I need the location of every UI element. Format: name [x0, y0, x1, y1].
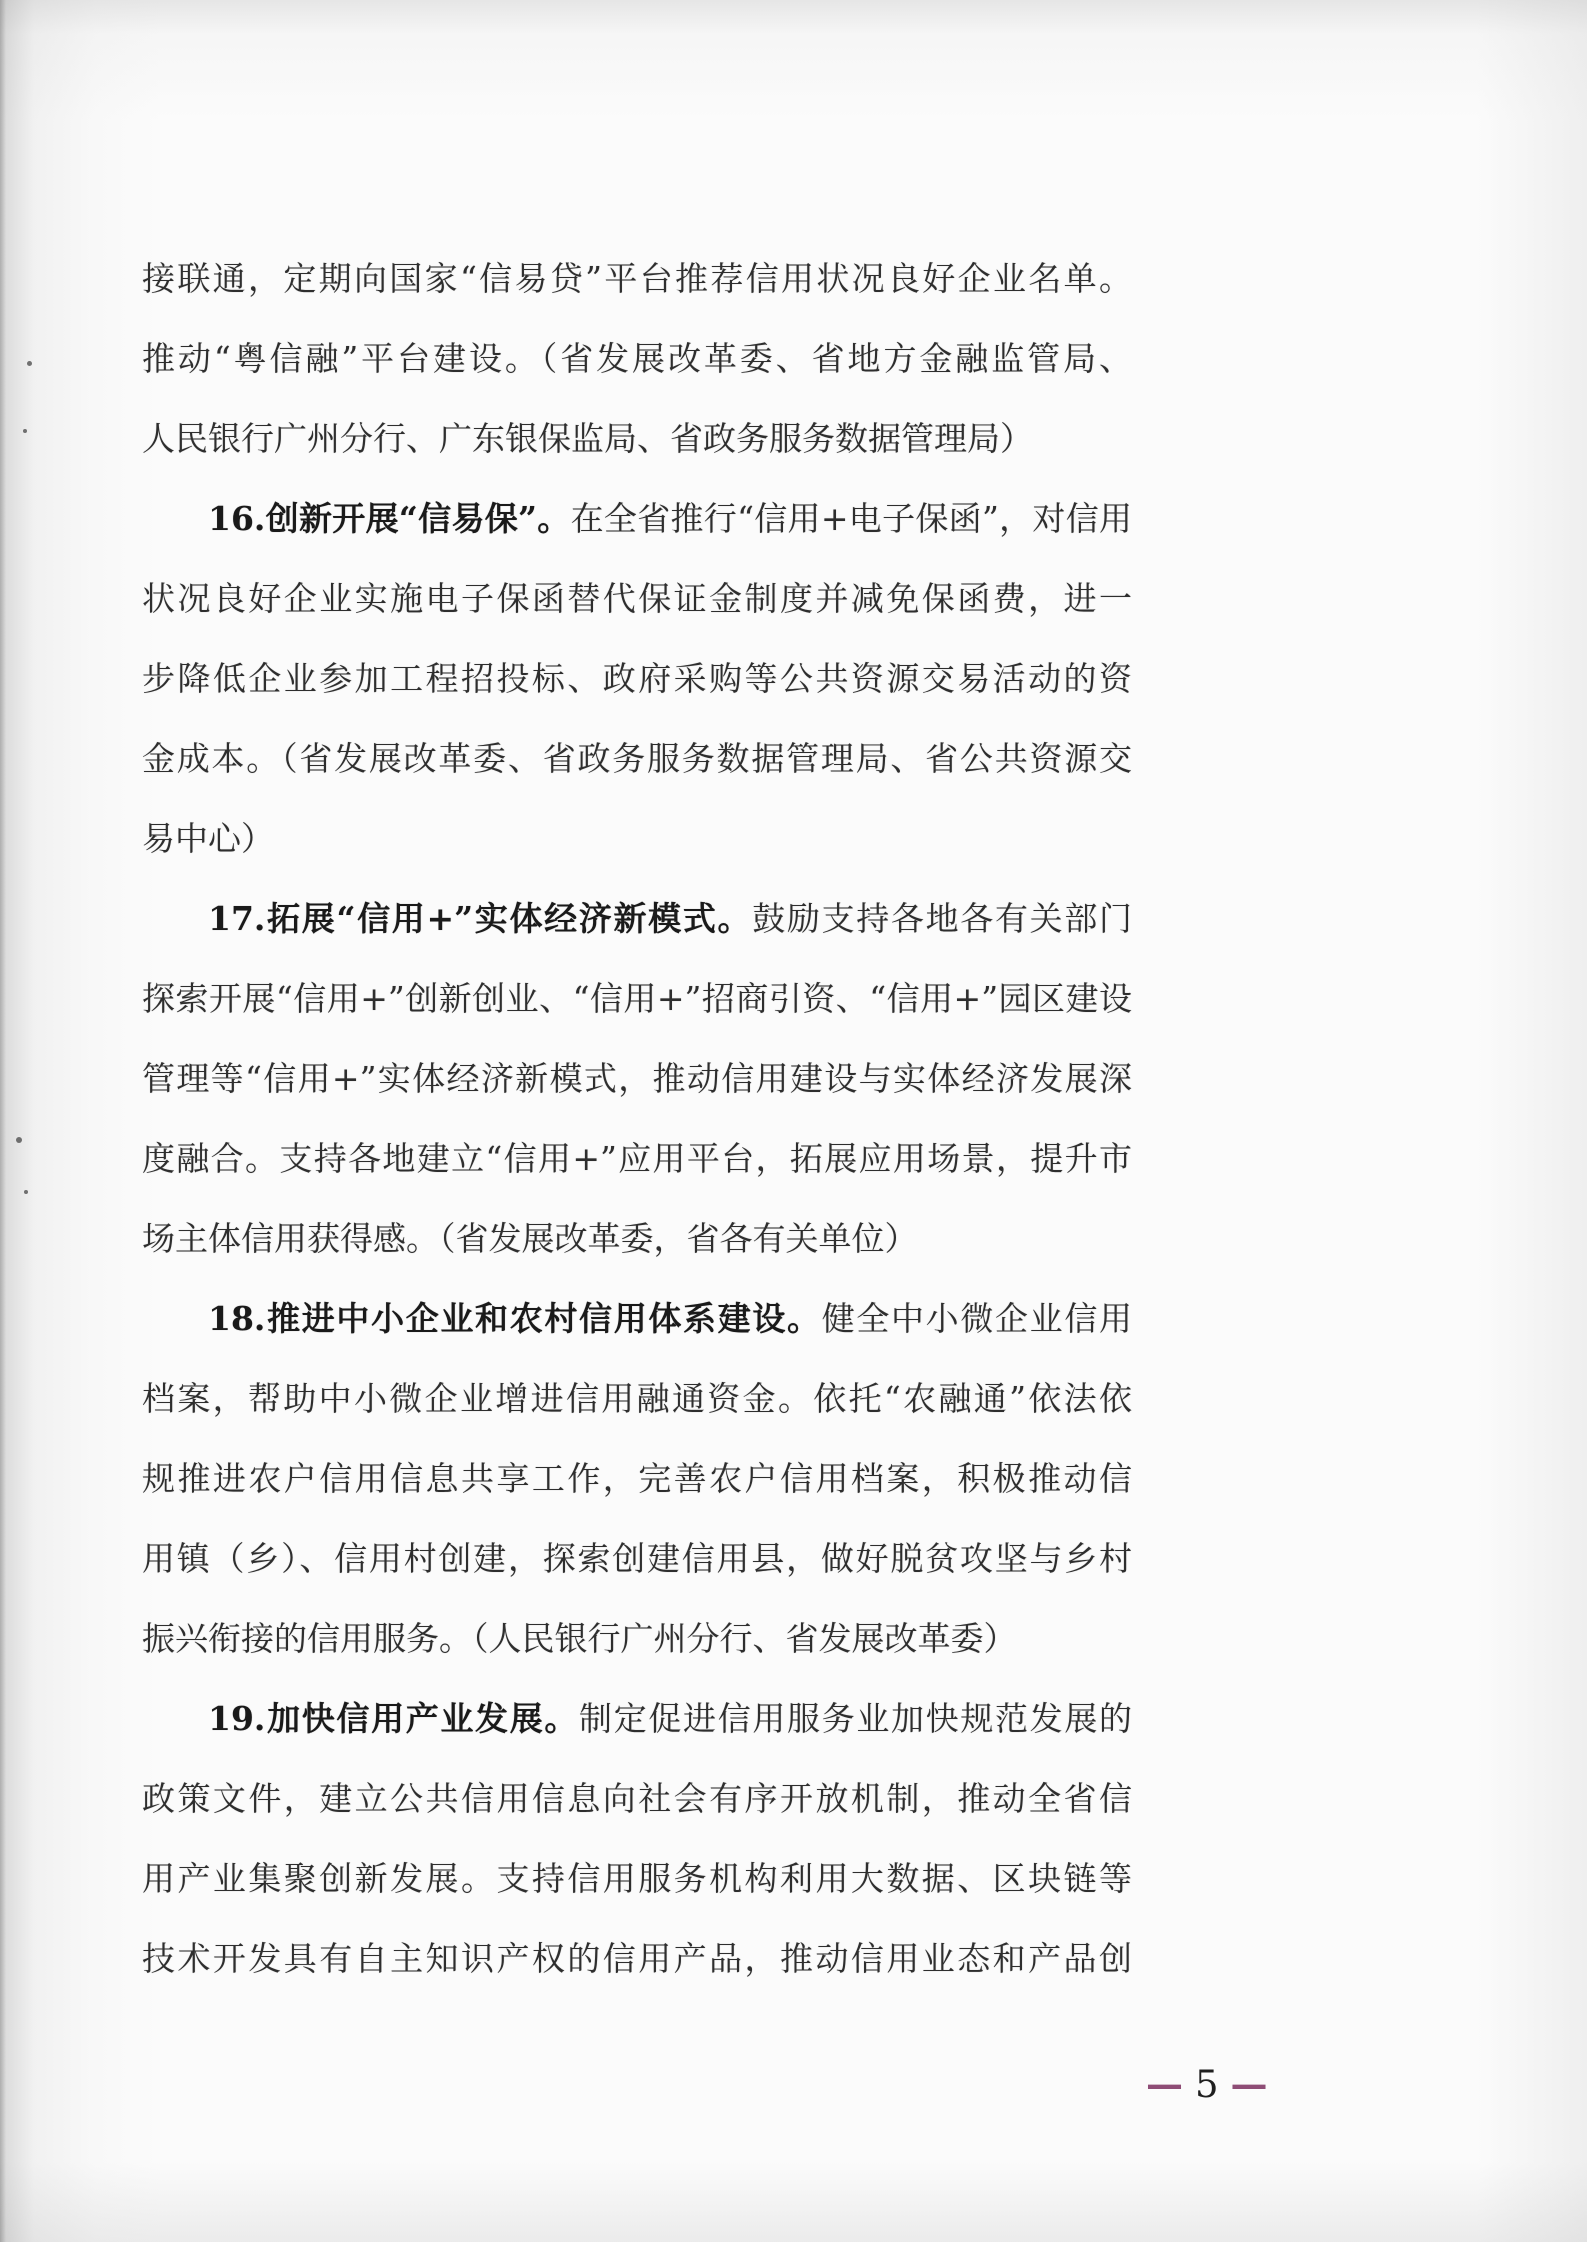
paragraph-text: 易中心）: [142, 819, 274, 858]
text-line: 17.拓展“信用+”实体经济新模式。鼓励支持各地各有关部门: [142, 879, 1132, 959]
text-line: 度融合。支持各地建立“信用+”应用平台，拓展应用场景，提升市: [142, 1119, 1132, 1199]
scan-speck: [24, 1190, 28, 1194]
text-line: 政策文件，建立公共信用信息向社会有序开放机制，推动全省信: [142, 1759, 1132, 1839]
text-line: 状况良好企业实施电子保函替代保证金制度并减免保函费，进一: [142, 559, 1132, 639]
paragraph-text: 接联通，定期向国家“信易贷”平台推荐信用状况良好企业名单。: [142, 259, 1132, 298]
text-line: 规推进农户信用信息共享工作，完善农户信用档案，积极推动信: [142, 1439, 1132, 1519]
text-line: 用产业集聚创新发展。支持信用服务机构利用大数据、区块链等: [142, 1839, 1132, 1919]
paragraph-text: 人民银行广州分行、广东银保监局、省政务服务数据管理局）: [142, 419, 1033, 458]
scan-speck: [23, 429, 27, 433]
paragraph-text: 度融合。支持各地建立“信用+”应用平台，拓展应用场景，提升市: [142, 1139, 1132, 1178]
paragraph-text: 步降低企业参加工程招投标、政府采购等公共资源交易活动的资: [142, 659, 1132, 698]
text-line: 金成本。（省发展改革委、省政务服务数据管理局、省公共资源交: [142, 719, 1132, 799]
paragraph-text: 管理等“信用+”实体经济新模式，推动信用建设与实体经济发展深: [142, 1059, 1132, 1098]
text-line: 管理等“信用+”实体经济新模式，推动信用建设与实体经济发展深: [142, 1039, 1132, 1119]
paragraph-text: 健全中小微企业信用: [822, 1299, 1132, 1338]
paragraph-text: 规推进农户信用信息共享工作，完善农户信用档案，积极推动信: [142, 1459, 1132, 1498]
paragraph-heading: 16.创新开展“信易保”。: [208, 499, 571, 538]
paragraph-text: 用镇（乡）、信用村创建，探索创建信用县，做好脱贫攻坚与乡村: [142, 1539, 1132, 1578]
text-line: 探索开展“信用+”创新创业、“信用+”招商引资、“信用+”园区建设: [142, 959, 1132, 1039]
text-line: 18.推进中小企业和农村信用体系建设。健全中小微企业信用: [142, 1279, 1132, 1359]
scanned-page: 接联通，定期向国家“信易贷”平台推荐信用状况良好企业名单。推动“粤信融”平台建设…: [0, 0, 1587, 2242]
page-number: —5—: [1146, 2062, 1268, 2107]
paragraph-text: 鼓励支持各地各有关部门: [752, 899, 1132, 938]
paragraph-text: 推动“粤信融”平台建设。（省发展改革委、省地方金融监管局、: [142, 339, 1132, 378]
text-line: 振兴衔接的信用服务。（人民银行广州分行、省发展改革委）: [142, 1599, 1132, 1679]
text-line: 档案，帮助中小微企业增进信用融通资金。依托“农融通”依法依: [142, 1359, 1132, 1439]
scan-speck: [16, 1137, 22, 1143]
text-line: 16.创新开展“信易保”。在全省推行“信用+电子保函”，对信用: [142, 479, 1132, 559]
paragraph-text: 制定促进信用服务业加快规范发展的: [579, 1699, 1132, 1738]
paragraph-text: 政策文件，建立公共信用信息向社会有序开放机制，推动全省信: [142, 1779, 1132, 1818]
text-line: 用镇（乡）、信用村创建，探索创建信用县，做好脱贫攻坚与乡村: [142, 1519, 1132, 1599]
paragraph-text: 振兴衔接的信用服务。（人民银行广州分行、省发展改革委）: [142, 1619, 1017, 1658]
scan-speck: [27, 361, 32, 366]
page-number-dash-left: —: [1146, 2062, 1183, 2106]
paragraph-heading: 18.推进中小企业和农村信用体系建设。: [208, 1299, 822, 1338]
text-line: 推动“粤信融”平台建设。（省发展改革委、省地方金融监管局、: [142, 319, 1132, 399]
text-line: 场主体信用获得感。（省发展改革委，省各有关单位）: [142, 1199, 1132, 1279]
paragraph-text: 状况良好企业实施电子保函替代保证金制度并减免保函费，进一: [142, 579, 1132, 618]
paragraph-text: 技术开发具有自主知识产权的信用产品，推动信用业态和产品创: [142, 1939, 1132, 1978]
text-line: 易中心）: [142, 799, 1132, 879]
text-line: 接联通，定期向国家“信易贷”平台推荐信用状况良好企业名单。: [142, 239, 1132, 319]
paragraph-heading: 17.拓展“信用+”实体经济新模式。: [208, 899, 752, 938]
text-line: 人民银行广州分行、广东银保监局、省政务服务数据管理局）: [142, 399, 1132, 479]
text-line: 步降低企业参加工程招投标、政府采购等公共资源交易活动的资: [142, 639, 1132, 719]
page-number-value: 5: [1195, 2063, 1219, 2106]
page-number-dash-right: —: [1231, 2062, 1268, 2106]
paragraph-text: 场主体信用获得感。（省发展改革委，省各有关单位）: [142, 1219, 918, 1258]
paragraph-heading: 19.加快信用产业发展。: [208, 1699, 579, 1738]
document-body: 接联通，定期向国家“信易贷”平台推荐信用状况良好企业名单。推动“粤信融”平台建设…: [142, 239, 1132, 1999]
text-line: 19.加快信用产业发展。制定促进信用服务业加快规范发展的: [142, 1679, 1132, 1759]
paragraph-text: 在全省推行“信用+电子保函”，对信用: [571, 499, 1132, 538]
paragraph-text: 金成本。（省发展改革委、省政务服务数据管理局、省公共资源交: [142, 739, 1132, 778]
paragraph-text: 探索开展“信用+”创新创业、“信用+”招商引资、“信用+”园区建设: [142, 979, 1132, 1018]
paragraph-text: 用产业集聚创新发展。支持信用服务机构利用大数据、区块链等: [142, 1859, 1132, 1898]
paragraph-text: 档案，帮助中小微企业增进信用融通资金。依托“农融通”依法依: [142, 1379, 1132, 1418]
text-line: 技术开发具有自主知识产权的信用产品，推动信用业态和产品创: [142, 1919, 1132, 1999]
